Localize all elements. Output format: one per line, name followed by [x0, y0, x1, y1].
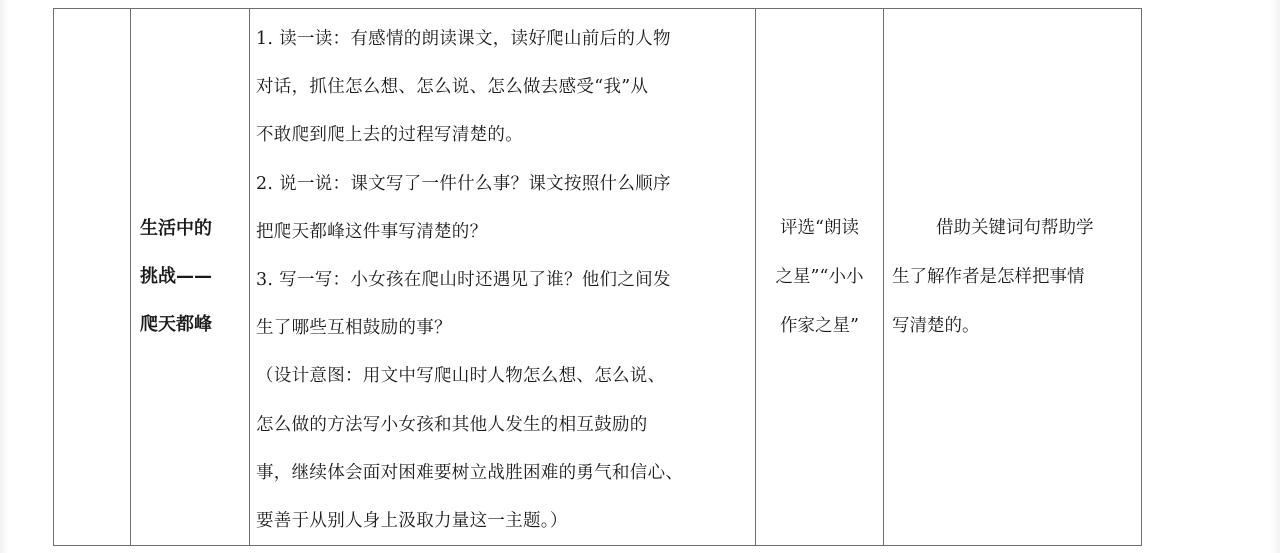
activity-line: 对话，抓住怎么想、怎么说、怎么做去感受“我”从 — [256, 63, 749, 111]
lesson-title-cell: 生活中的 挑战—— 爬天都峰 — [131, 9, 250, 546]
activity-line: 生了哪些互相鼓励的事？ — [256, 304, 749, 352]
activity-line: 3. 写一写：小女孩在爬山时还遇见了谁？他们之间发 — [256, 256, 749, 304]
activity-line: 2. 说一说：课文写了一件什么事？课文按照什么顺序 — [256, 160, 749, 208]
blank-cell — [54, 9, 131, 546]
evaluation-line: 之星”“小小 — [756, 253, 883, 302]
activity-line: 不敢爬到爬上去的过程写清楚的。 — [256, 111, 749, 159]
table-row: 生活中的 挑战—— 爬天都峰 1. 读一读：有感情的朗读课文，读好爬山前后的人物… — [54, 9, 1142, 546]
lesson-title-line: 爬天都峰 — [140, 301, 249, 349]
activities-cell: 1. 读一读：有感情的朗读课文，读好爬山前后的人物 对话，抓住怎么想、怎么说、怎… — [250, 9, 756, 546]
lesson-title-line: 生活中的 — [140, 205, 249, 253]
page-edge-left — [0, 0, 8, 553]
design-intent-line: 怎么做的方法写小女孩和其他人发生的相互鼓励的 — [256, 401, 749, 449]
design-intent-line: 要善于从别人身上汲取力量这一主题。） — [256, 497, 749, 545]
design-note-line: 借助关键词句帮助学 — [892, 204, 1141, 253]
design-note-line: 写清楚的。 — [892, 302, 1141, 351]
design-notes-cell: 借助关键词句帮助学 生了解作者是怎样把事情 写清楚的。 — [884, 9, 1142, 546]
page-edge-right — [1270, 0, 1280, 553]
lesson-plan-table: 生活中的 挑战—— 爬天都峰 1. 读一读：有感情的朗读课文，读好爬山前后的人物… — [53, 8, 1142, 546]
evaluation-line: 评选“朗读 — [756, 204, 883, 253]
activity-line: 把爬天都峰这件事写清楚的？ — [256, 208, 749, 256]
evaluation-line: 作家之星” — [756, 302, 883, 351]
design-intent-line: （设计意图：用文中写爬山时人物怎么想、怎么说、 — [256, 352, 749, 400]
evaluation-cell: 评选“朗读 之星”“小小 作家之星” — [756, 9, 884, 546]
lesson-title-line: 挑战—— — [140, 253, 249, 301]
activity-line: 1. 读一读：有感情的朗读课文，读好爬山前后的人物 — [256, 15, 749, 63]
design-note-line: 生了解作者是怎样把事情 — [892, 253, 1141, 302]
design-intent-line: 事，继续体会面对困难要树立战胜困难的勇气和信心、 — [256, 449, 749, 497]
